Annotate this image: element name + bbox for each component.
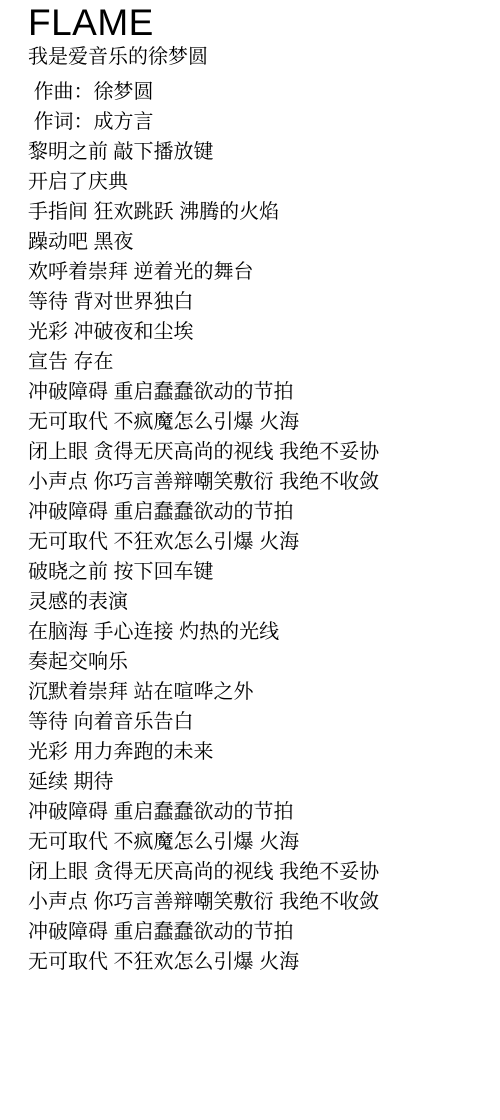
lyric-line: 无可取代 不狂欢怎么引爆 火海	[28, 527, 480, 557]
lyric-line: 作词：成方言	[28, 107, 480, 137]
lyric-line: 闭上眼 贪得无厌高尚的视线 我绝不妥协	[28, 437, 480, 467]
lyric-line: 黎明之前 敲下播放键	[28, 137, 480, 167]
lyric-line: 小声点 你巧言善辩嘲笑敷衍 我绝不收敛	[28, 887, 480, 917]
lyric-line: 延续 期待	[28, 767, 480, 797]
lyric-line: 沉默着崇拜 站在喧哗之外	[28, 677, 480, 707]
lyric-line: 奏起交响乐	[28, 647, 480, 677]
lyric-line: 破晓之前 按下回车键	[28, 557, 480, 587]
lyric-line: 光彩 冲破夜和尘埃	[28, 317, 480, 347]
lyric-line: 手指间 狂欢跳跃 沸腾的火焰	[28, 197, 480, 227]
lyric-line: 等待 背对世界独白	[28, 287, 480, 317]
lyric-line: 无可取代 不疯魔怎么引爆 火海	[28, 407, 480, 437]
song-subtitle: 我是爱音乐的徐梦圆	[28, 44, 480, 70]
lyric-line: 闭上眼 贪得无厌高尚的视线 我绝不妥协	[28, 857, 480, 887]
song-title: FLAME	[28, 2, 480, 44]
lyric-line: 欢呼着崇拜 逆着光的舞台	[28, 257, 480, 287]
lyrics-page: FLAME 我是爱音乐的徐梦圆 作曲：徐梦圆 作词：成方言黎明之前 敲下播放键开…	[0, 0, 500, 977]
lyric-line: 躁动吧 黑夜	[28, 227, 480, 257]
lyrics-container: 作曲：徐梦圆 作词：成方言黎明之前 敲下播放键开启了庆典手指间 狂欢跳跃 沸腾的…	[28, 77, 480, 977]
lyric-line: 在脑海 手心连接 灼热的光线	[28, 617, 480, 647]
lyric-line: 冲破障碍 重启蠢蠢欲动的节拍	[28, 377, 480, 407]
lyric-line: 光彩 用力奔跑的未来	[28, 737, 480, 767]
lyric-line: 开启了庆典	[28, 167, 480, 197]
lyric-line: 无可取代 不狂欢怎么引爆 火海	[28, 947, 480, 977]
lyric-line: 冲破障碍 重启蠢蠢欲动的节拍	[28, 917, 480, 947]
lyric-line: 宣告 存在	[28, 347, 480, 377]
lyric-line: 等待 向着音乐告白	[28, 707, 480, 737]
lyric-line: 无可取代 不疯魔怎么引爆 火海	[28, 827, 480, 857]
lyric-line: 作曲：徐梦圆	[28, 77, 480, 107]
lyric-line: 小声点 你巧言善辩嘲笑敷衍 我绝不收敛	[28, 467, 480, 497]
lyric-line: 灵感的表演	[28, 587, 480, 617]
lyric-line: 冲破障碍 重启蠢蠢欲动的节拍	[28, 797, 480, 827]
lyric-line: 冲破障碍 重启蠢蠢欲动的节拍	[28, 497, 480, 527]
